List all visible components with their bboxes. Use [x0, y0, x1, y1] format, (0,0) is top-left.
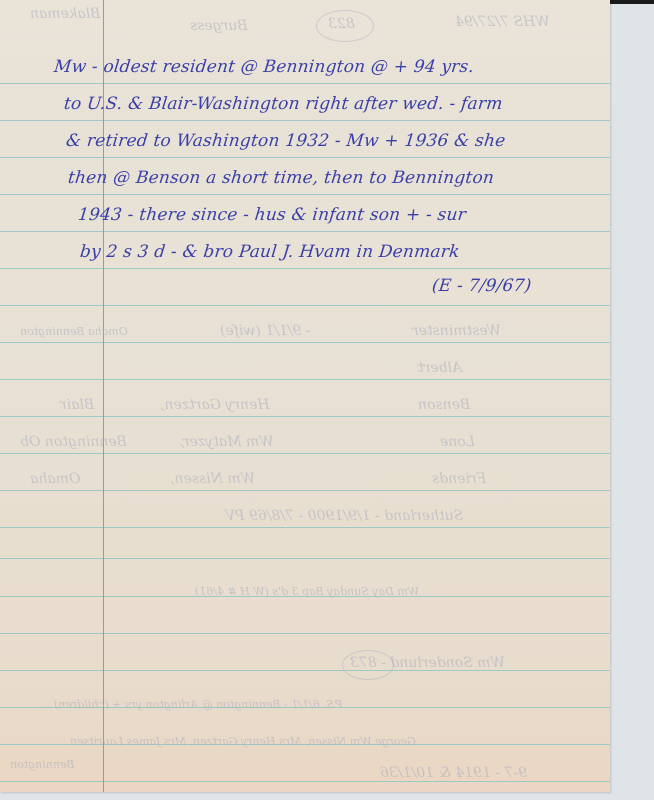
bleed-text: Omaha Bennington [20, 325, 128, 338]
ruled-line [0, 453, 610, 454]
ruled-line [0, 781, 610, 782]
ruled-line [0, 305, 610, 306]
bleed-text: 823 [328, 16, 355, 32]
ruled-line [0, 157, 610, 158]
ruled-line [0, 194, 610, 195]
ruled-line [0, 231, 610, 232]
bleed-text: Blakeman [30, 6, 101, 22]
bleed-text: George Wm Nissen, Mrs Henry Gartzen, Mrs… [70, 735, 416, 748]
bleed-text: 9-7 - 1914 & 10/1/36 [380, 765, 527, 781]
note-line-6: by 2 s 3 d - & bro Paul J. Hvam in Denma… [79, 242, 461, 262]
bleed-text: Burgess [190, 18, 248, 34]
ruled-line [0, 527, 610, 528]
bleed-text: Wm Nissen, [170, 471, 255, 487]
ruled-line [0, 633, 610, 634]
bleed-text: Lone [440, 434, 475, 450]
ruled-line [0, 268, 610, 269]
bleed-text: Friends [432, 471, 486, 487]
bleed-text: Omaha [30, 471, 80, 487]
bleed-text: Henry Gartzen, [160, 397, 270, 413]
bleed-text: Bennington [10, 758, 75, 771]
scanner-edge [610, 0, 654, 4]
bleed-text: Bennington Ob [20, 434, 127, 450]
note-line-1: Mw - oldest resident @ Bennington @ + 94… [53, 57, 475, 77]
bleed-text: Westminster [412, 323, 501, 339]
ruled-line [0, 416, 610, 417]
bleed-text: Blair [60, 397, 94, 413]
notebook-page: Blakeman Burgess 823 WHS 7/27/94 Westmin… [0, 0, 610, 792]
note-line-3: & retired to Washington 1932 - Mw + 1936… [65, 131, 506, 151]
ruled-line [0, 83, 610, 84]
bleed-text: Wm Sonderlund - 873 [350, 655, 505, 671]
ruled-line [0, 342, 610, 343]
ruled-line [0, 379, 610, 380]
bleed-text: Wm Day Sunday Bap 3 d's (W H # 4/61) [195, 585, 419, 598]
ruled-line [0, 558, 610, 559]
bleed-text: P.S. 6/1/1 - Bennington @ Arlington yrs … [40, 698, 343, 711]
note-line-5: 1943 - there since - hus & infant son + … [77, 205, 467, 225]
bleed-text: Albert [418, 360, 462, 376]
source-citation: (E - 7/9/67) [431, 276, 532, 296]
bleed-text: Benson [418, 397, 470, 413]
ruled-line [0, 670, 610, 671]
note-line-4: then @ Benson a short time, then to Benn… [67, 168, 495, 188]
bleed-text: Wm Matyzer, [180, 434, 274, 450]
ruled-line [0, 120, 610, 121]
bleed-text: WHS 7/27/94 [455, 14, 550, 30]
note-line-2: to U.S. & Blair-Washington right after w… [63, 94, 504, 114]
ruled-line [0, 490, 610, 491]
bleed-text: - 9/1/1 (wife) [220, 323, 311, 339]
red-margin-line [103, 0, 104, 792]
bleed-text: Sutherland - 1/9/1900 - 7/8/69 PV [225, 508, 463, 524]
